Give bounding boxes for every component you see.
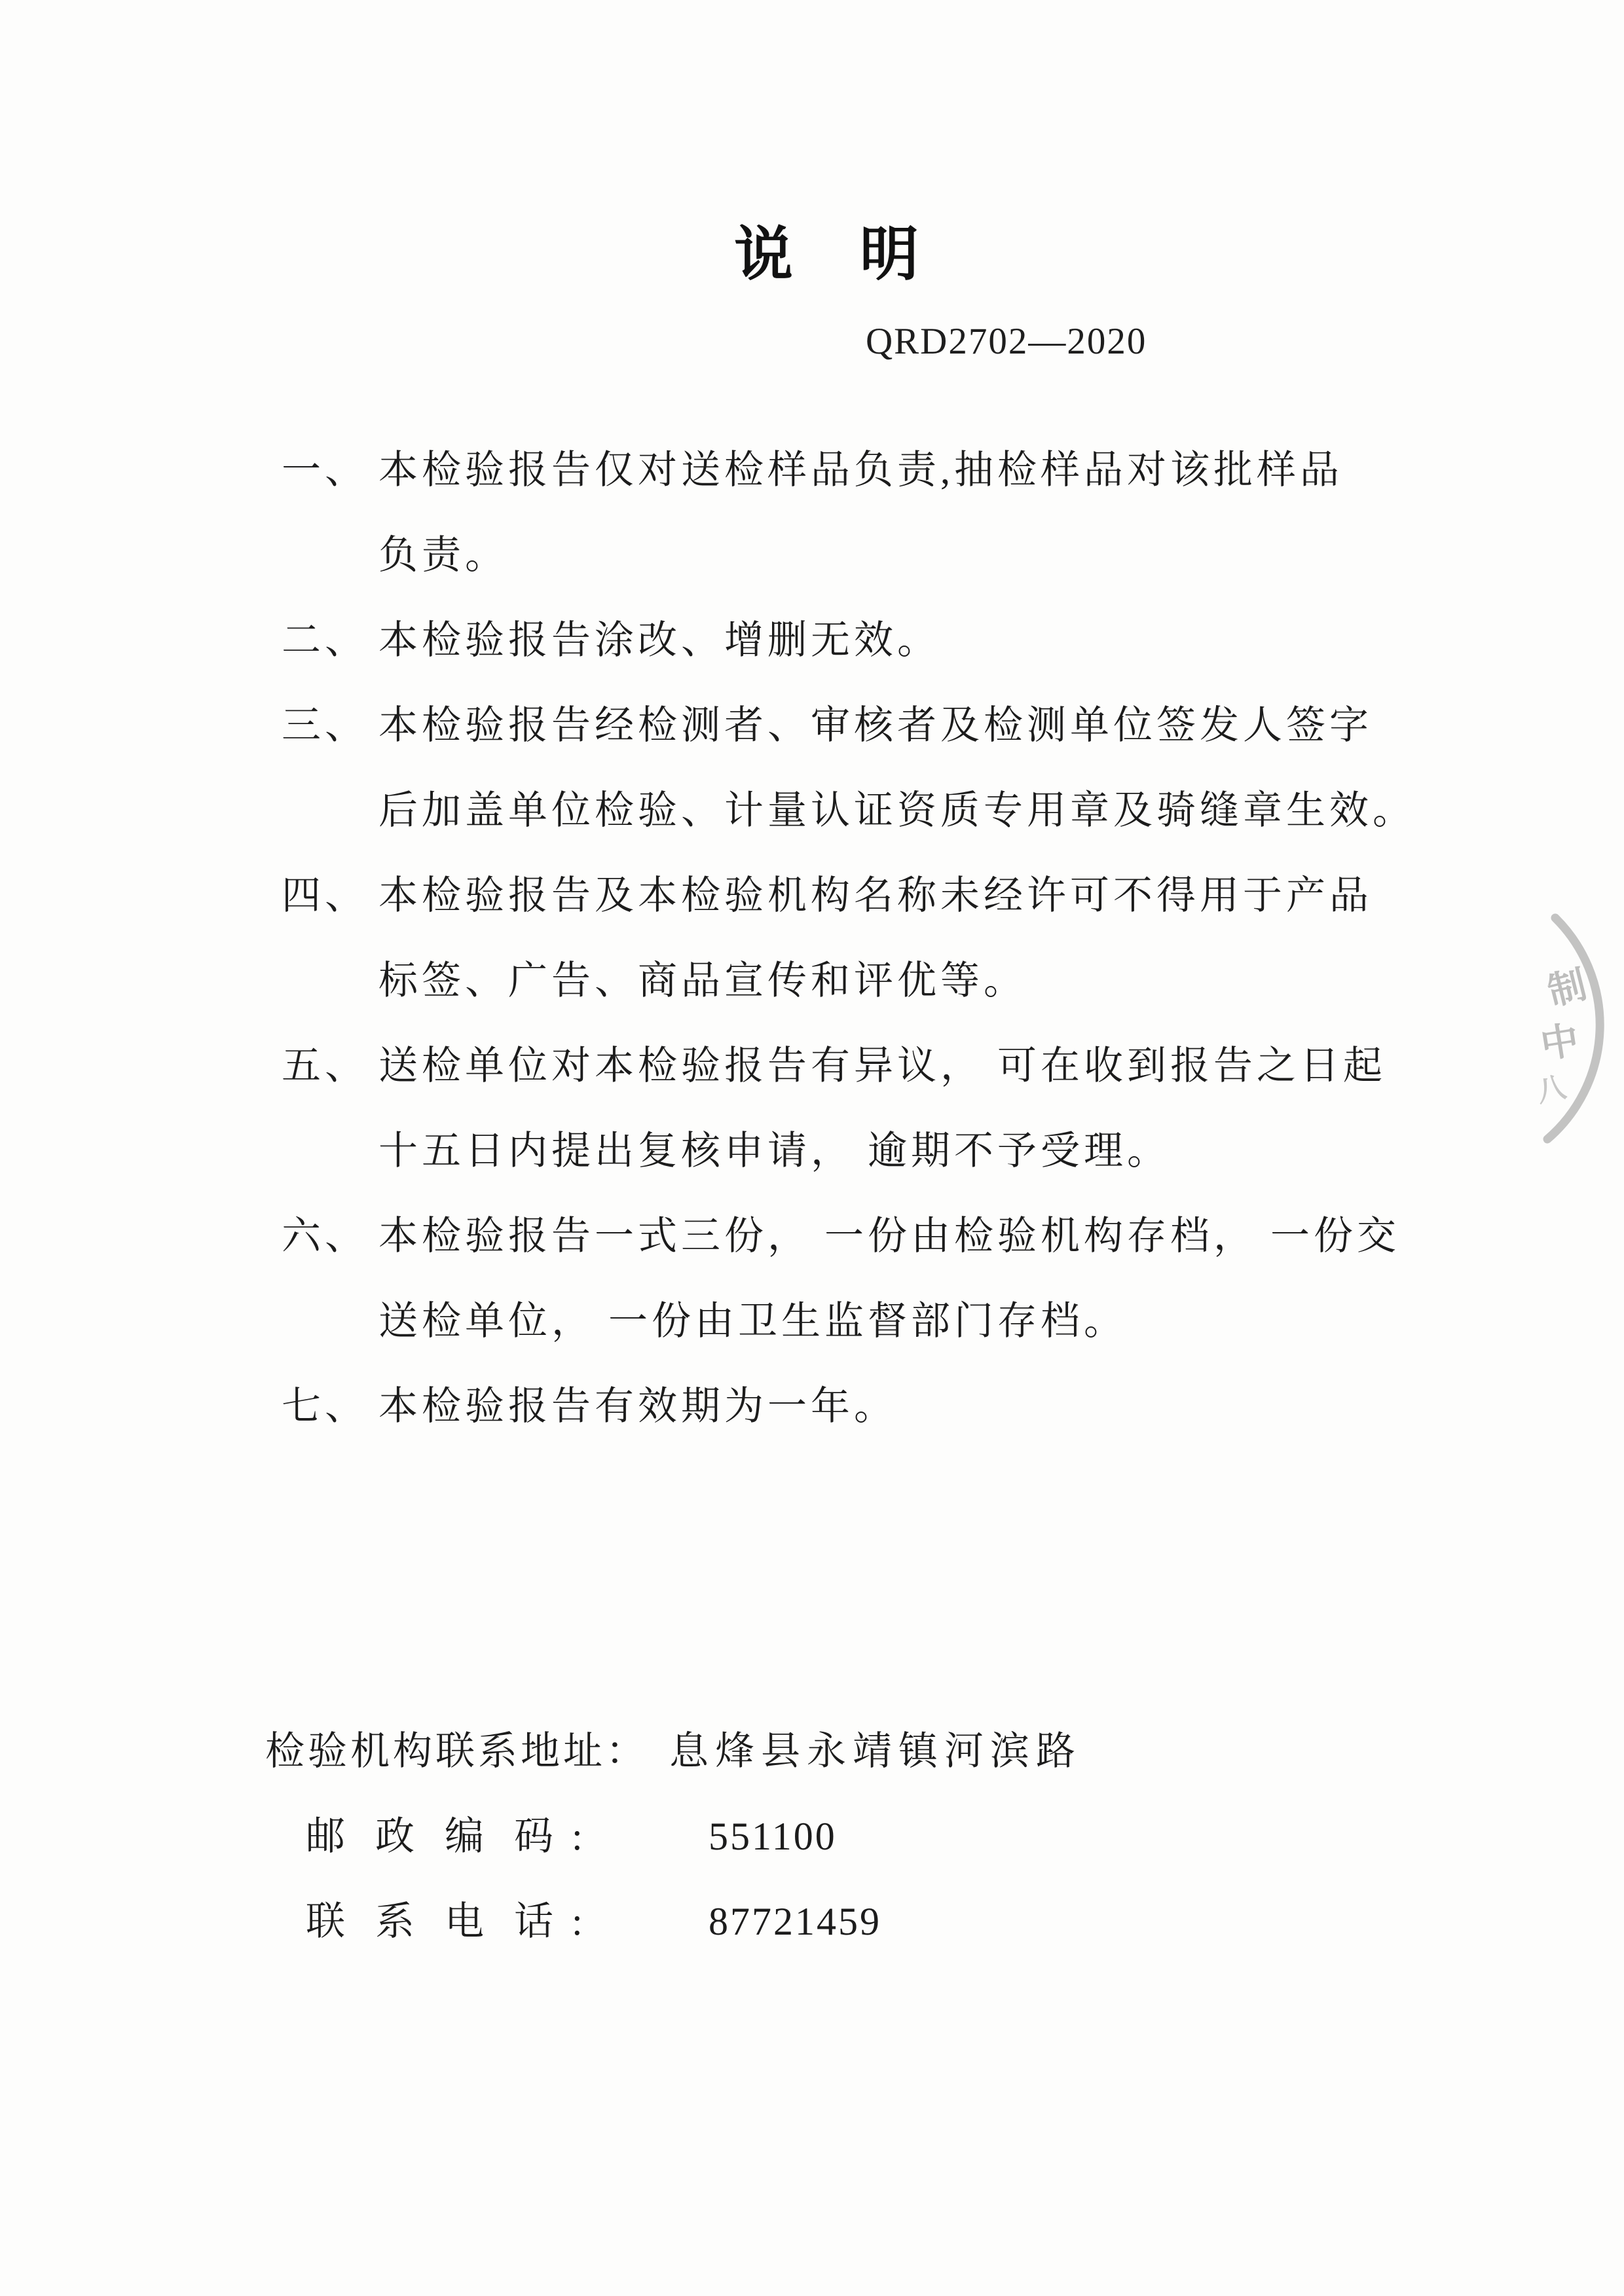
agency-address-value: 息烽县永靖镇河滨路 — [669, 1730, 1082, 1772]
postcode-label-text: 邮政编码 — [306, 1815, 583, 1858]
seal-character-fragment: 制 — [1541, 953, 1592, 1016]
note-number: 一、 — [282, 428, 368, 513]
note-number: 二、 — [282, 598, 368, 683]
seal-character-fragment: 八 — [1532, 1063, 1569, 1110]
document-page: 说 明 QRD2702—2020 一、 本检验报告仅对送检样品负责,抽检样品对该… — [0, 0, 1624, 2296]
note-item: 七、 本检验报告有效期为一年。 — [282, 1364, 1395, 1449]
page-title: 说 明 — [0, 226, 1624, 285]
note-item: 三、 本检验报告经检测者、审核者及检测单位签发人签字 后加盖单位检验、计量认证资… — [282, 683, 1395, 853]
phone-colon: : — [572, 1900, 583, 1943]
phone-value: 87721459 — [709, 1901, 881, 1942]
note-number: 四、 — [282, 853, 368, 938]
agency-address-label: 检验机构联系地址： — [265, 1730, 648, 1772]
doc-code: QRD2702—2020 — [866, 322, 1147, 361]
note-number: 六、 — [282, 1194, 368, 1279]
note-line: 十五日内提出复核申请， 逾期不予受理。 — [282, 1108, 1395, 1194]
seal-character-fragment: 中 — [1536, 1009, 1582, 1069]
phone-label-text: 联系电话 — [306, 1900, 583, 1943]
note-item: 二、 本检验报告涂改、增删无效。 — [282, 598, 1395, 683]
note-line: 本检验报告经检测者、审核者及检测单位签发人签字 — [282, 683, 1395, 768]
note-line: 本检验报告及本检验机构名称未经许可不得用于产品 — [282, 853, 1395, 938]
note-item: 四、 本检验报告及本检验机构名称未经许可不得用于产品 标签、广告、商品宣传和评优… — [282, 853, 1395, 1023]
note-line: 标签、广告、商品宣传和评优等。 — [282, 938, 1395, 1023]
note-item: 五、 送检单位对本检验报告有异议， 可在收到报告之日起 十五日内提出复核申请， … — [282, 1023, 1395, 1194]
note-line: 送检单位， 一份由卫生监督部门存档。 — [282, 1279, 1395, 1364]
note-line: 本检验报告涂改、增删无效。 — [282, 598, 1395, 683]
note-line: 本检验报告一式三份， 一份由检验机构存档， 一份交 — [282, 1194, 1395, 1279]
note-number: 七、 — [282, 1364, 368, 1449]
note-line: 送检单位对本检验报告有异议， 可在收到报告之日起 — [282, 1023, 1395, 1108]
note-number: 三、 — [282, 683, 368, 768]
note-line: 本检验报告仅对送检样品负责,抽检样品对该批样品 — [282, 428, 1395, 513]
notes-list: 一、 本检验报告仅对送检样品负责,抽检样品对该批样品 负责。 二、 本检验报告涂… — [282, 428, 1395, 1449]
note-item: 一、 本检验报告仅对送检样品负责,抽检样品对该批样品 负责。 — [282, 428, 1395, 598]
postcode-colon: : — [572, 1815, 583, 1858]
postcode-label: 邮政编码: — [306, 1815, 583, 1857]
note-item: 六、 本检验报告一式三份， 一份由检验机构存档， 一份交 送检单位， 一份由卫生… — [282, 1194, 1395, 1364]
note-line: 本检验报告有效期为一年。 — [282, 1364, 1395, 1449]
postcode-value: 551100 — [709, 1815, 837, 1857]
note-line: 负责。 — [282, 513, 1395, 598]
phone-label: 联系电话: — [306, 1901, 583, 1942]
note-line: 后加盖单位检验、计量认证资质专用章及骑缝章生效。 — [282, 768, 1395, 853]
note-number: 五、 — [282, 1023, 368, 1108]
